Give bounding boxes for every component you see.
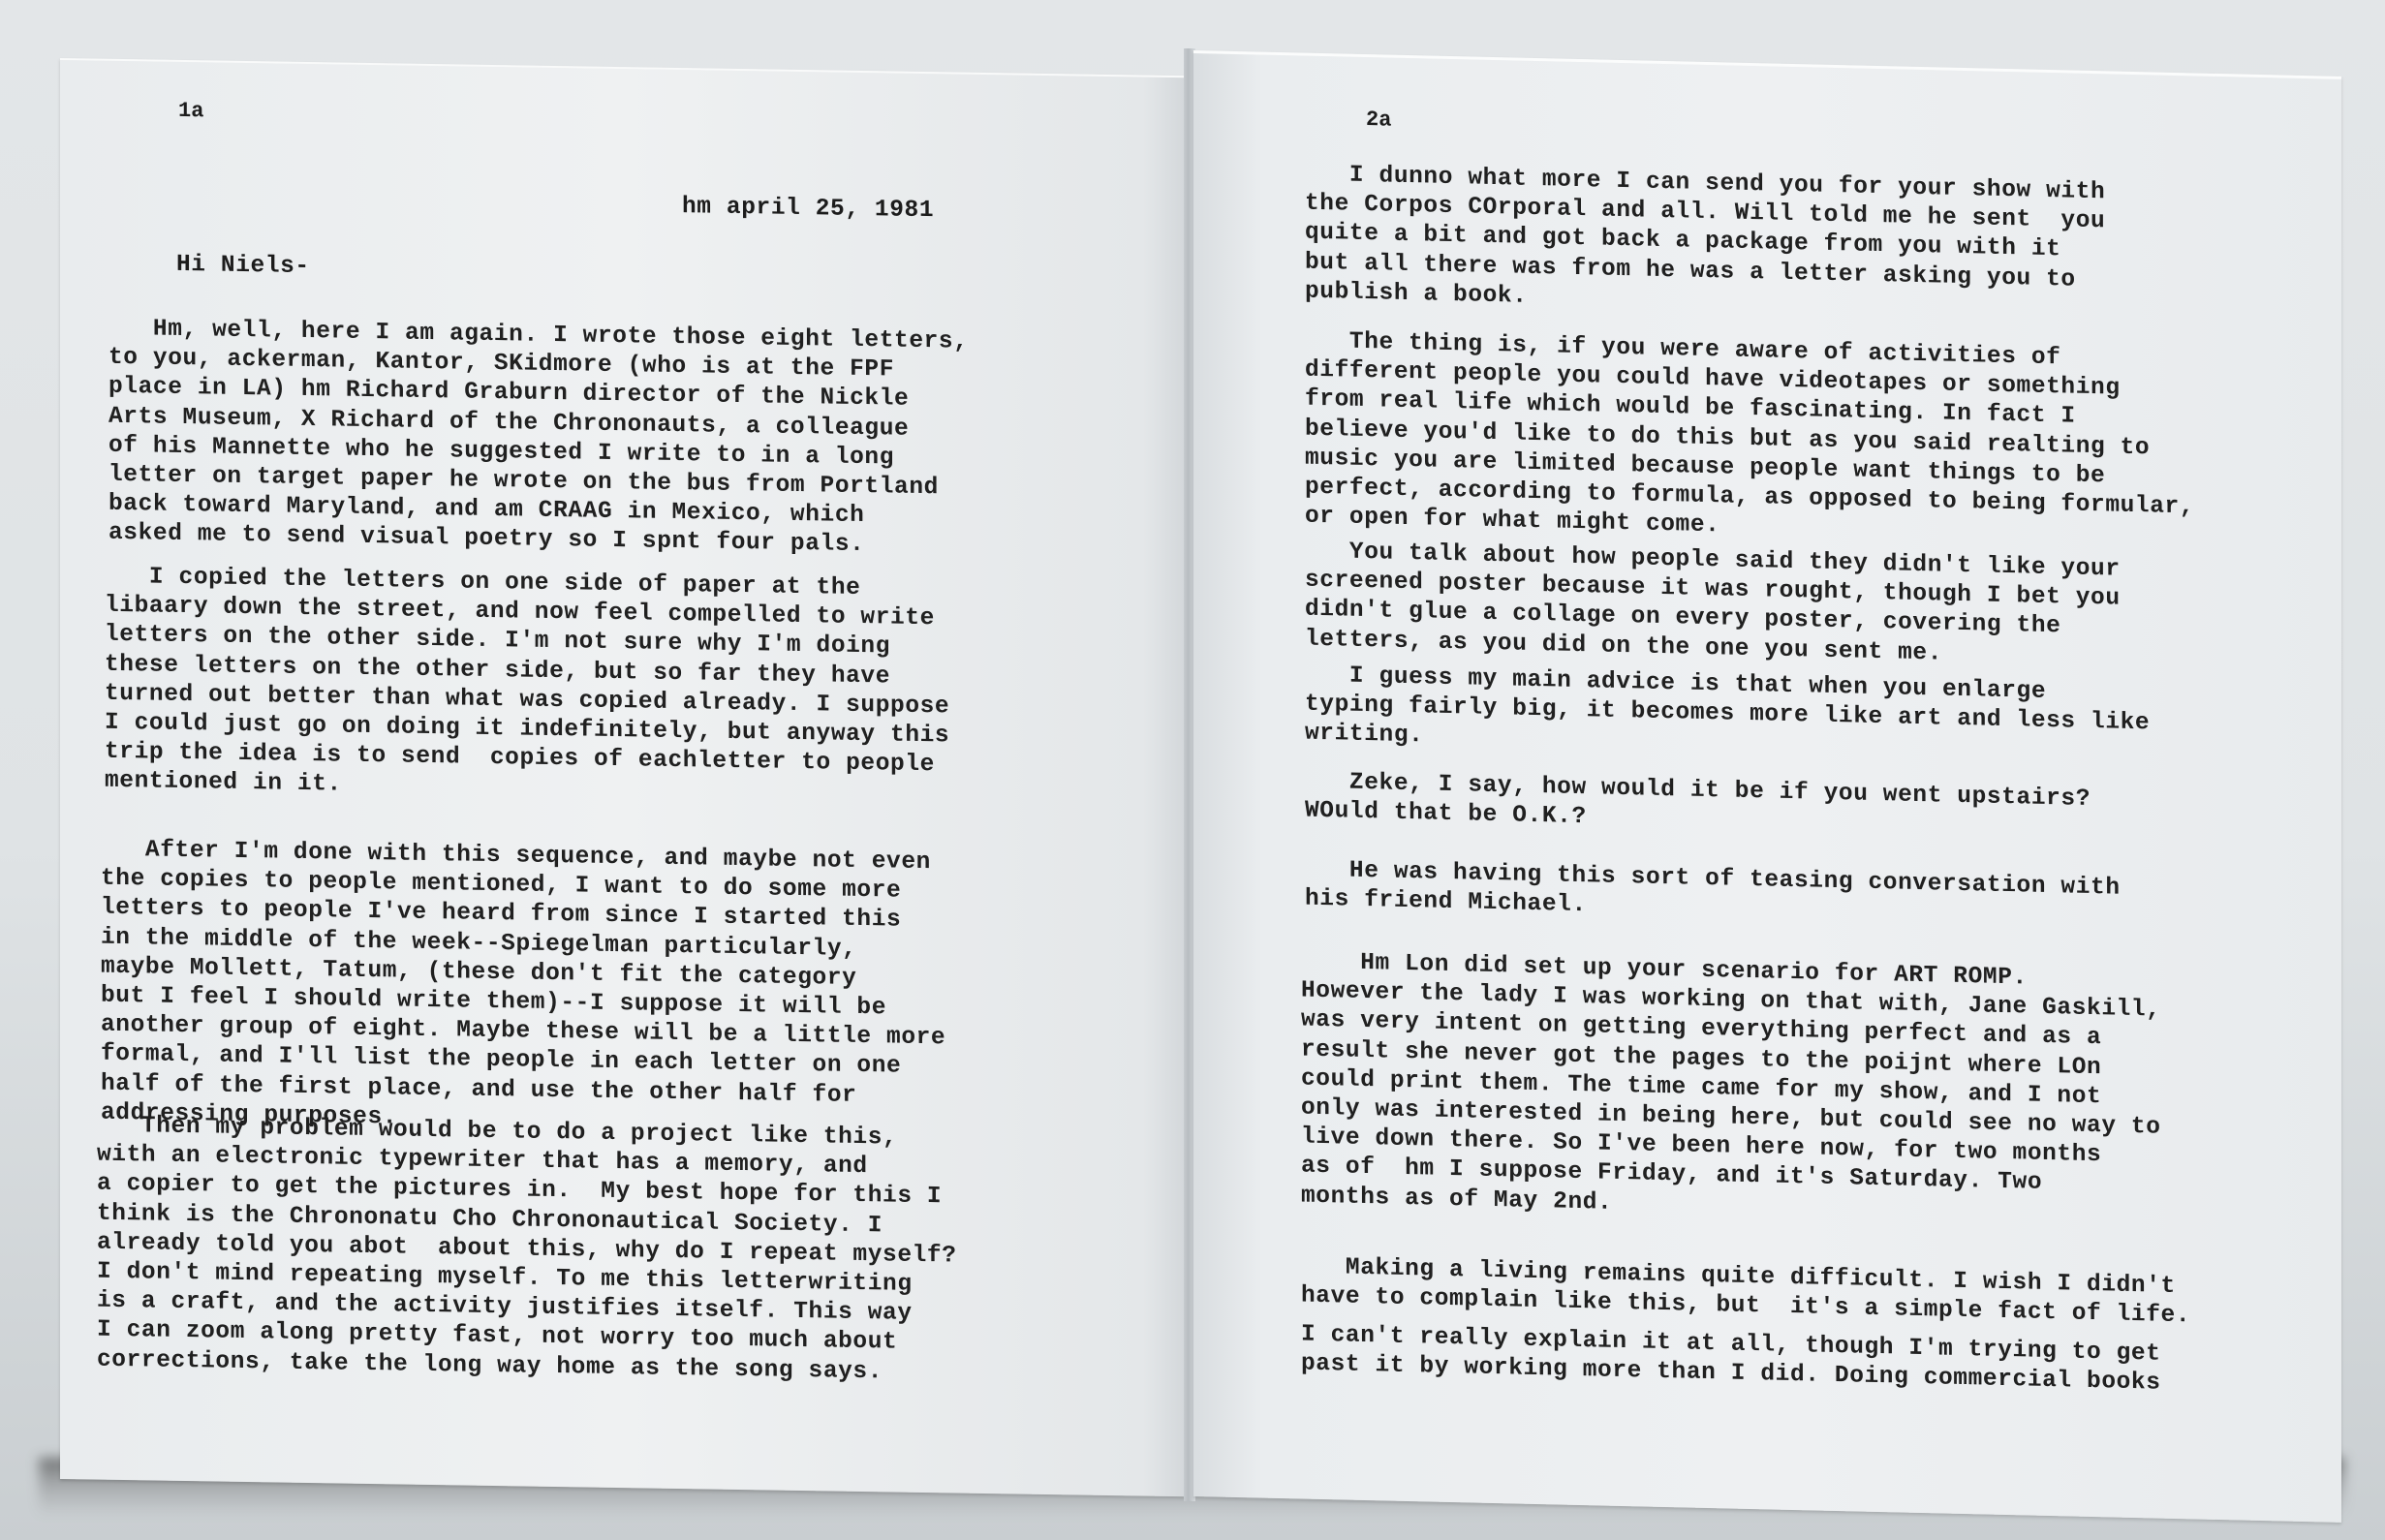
paragraph: I dunno what more I can send you for you… [1305,161,2105,325]
page-number: 2a [1366,108,1391,133]
paragraph: He was having this sort of teasing conve… [1305,856,2121,934]
paragraph: Making a living remains quite difficult.… [1301,1253,2190,1332]
paragraph: Zeke, I say, how would it be if you went… [1305,768,2091,845]
paragraph: Hm, well, here I am again. I wrote those… [108,315,969,563]
paragraph: After I'm done with this sequence, and m… [101,836,945,1142]
paragraph: I copied the letters on one side of pape… [105,563,949,810]
letter-date: hm april 25, 1981 [682,194,934,224]
left-page: 1a hm april 25, 1981 Hi Niels- Hm, well,… [60,58,1189,1496]
paragraph: Hm Lon did set up your scenario for ART … [1301,948,2161,1231]
paragraph: I guess my main advice is that when you … [1305,662,2150,768]
right-page: 2a I dunno what more I can send you for … [1193,50,2341,1523]
paragraph: I can't really explain it at all, though… [1301,1321,2161,1400]
page-number: 1a [178,99,203,123]
salutation: Hi Niels- [176,252,310,280]
paragraph: Then my problem would be to do a project… [97,1112,957,1389]
paragraph: You talk about how people said they didn… [1305,538,2121,673]
paragraph: The thing is, if you were aware of activ… [1305,327,2194,552]
